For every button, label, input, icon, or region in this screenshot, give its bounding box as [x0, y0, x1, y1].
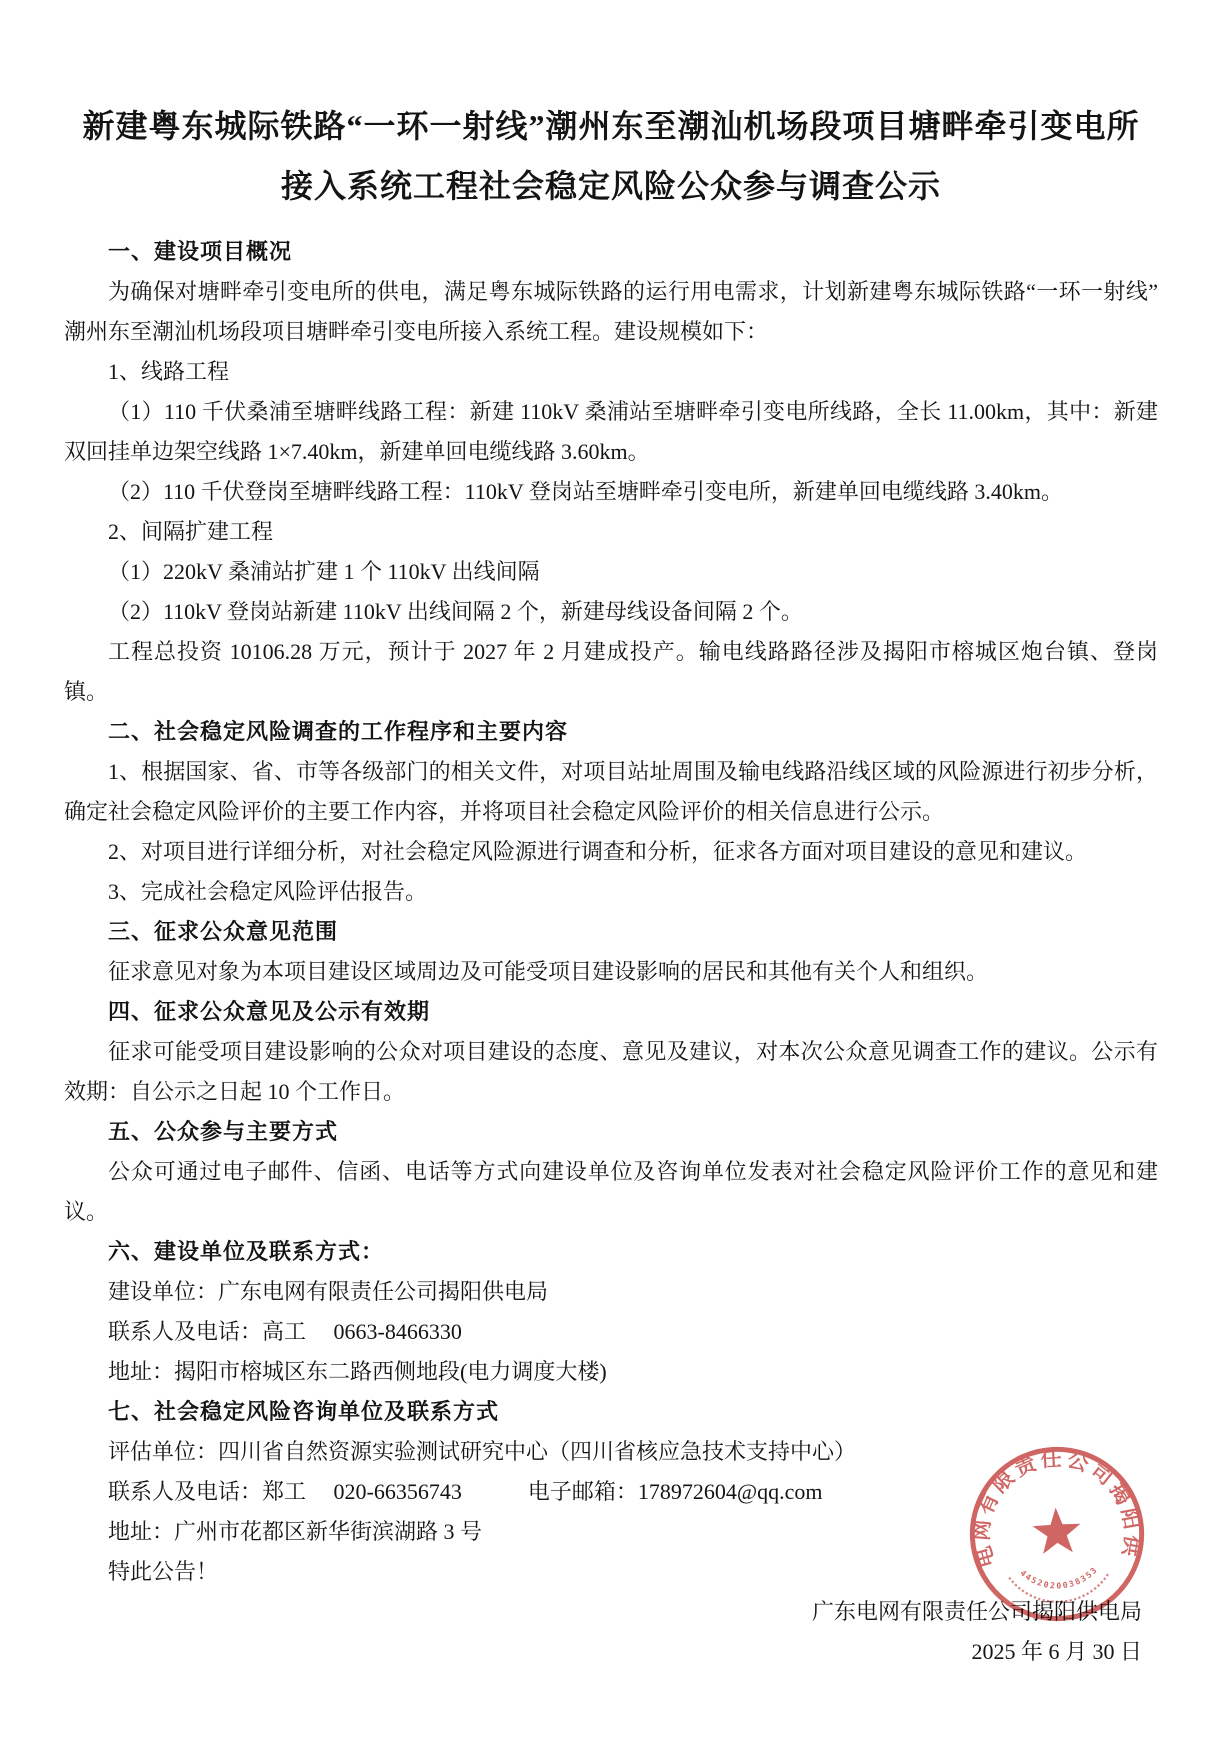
section-5-paragraph-1: 公众可通过电子邮件、信函、电话等方式向建设单位及咨询单位发表对社会稳定风险评价工…	[64, 1152, 1158, 1232]
section-7-assessment-unit: 评估单位：四川省自然资源实验测试研究中心（四川省核应急技术支持中心）	[64, 1432, 1158, 1472]
page-title-line-1: 新建粤东城际铁路“一环一射线”潮州东至潮汕机场段项目塘畔牵引变电所	[64, 96, 1158, 156]
section-1-heading: 一、建设项目概况	[64, 232, 1158, 272]
section-2-heading: 二、社会稳定风险调查的工作程序和主要内容	[64, 712, 1158, 752]
page-title-line-2: 接入系统工程社会稳定风险公众参与调查公示	[64, 156, 1158, 216]
section-5-heading: 五、公众参与主要方式	[64, 1112, 1158, 1152]
section-2-paragraph-2: 2、对项目进行详细分析，对社会稳定风险源进行调查和分析，征求各方面对项目建设的意…	[64, 832, 1158, 872]
section-7-address: 地址：广州市花都区新华街滨湖路 3 号	[64, 1512, 1158, 1552]
closing-statement: 特此公告！	[64, 1552, 1158, 1592]
document-content: 新建粤东城际铁路“一环一射线”潮州东至潮汕机场段项目塘畔牵引变电所 接入系统工程…	[0, 96, 1222, 1672]
signature-organization: 广东电网有限责任公司揭阳供电局	[64, 1592, 1142, 1632]
page-title: 新建粤东城际铁路“一环一射线”潮州东至潮汕机场段项目塘畔牵引变电所 接入系统工程…	[64, 96, 1158, 216]
section-7-heading: 七、社会稳定风险咨询单位及联系方式	[64, 1392, 1158, 1432]
section-1-paragraph-6: （1）220kV 桑浦站扩建 1 个 110kV 出线间隔	[64, 552, 1158, 592]
section-1-paragraph-7: （2）110kV 登岗站新建 110kV 出线间隔 2 个，新建母线设备间隔 2…	[64, 592, 1158, 632]
section-6-contact-phone: 联系人及电话：高工 0663-8466330	[64, 1312, 1158, 1352]
section-3-heading: 三、征求公众意见范围	[64, 912, 1158, 952]
section-4-paragraph-1: 征求可能受项目建设影响的公众对项目建设的态度、意见及建议，对本次公众意见调查工作…	[64, 1032, 1158, 1112]
section-1-paragraph-5: 2、间隔扩建工程	[64, 512, 1158, 552]
section-6-heading: 六、建设单位及联系方式：	[64, 1232, 1158, 1272]
section-6-construction-unit: 建设单位：广东电网有限责任公司揭阳供电局	[64, 1272, 1158, 1312]
signature-block: 广东电网有限责任公司揭阳供电局 2025 年 6 月 30 日	[64, 1592, 1158, 1672]
section-2-paragraph-3: 3、完成社会稳定风险评估报告。	[64, 872, 1158, 912]
section-2-paragraph-1: 1、根据国家、省、市等各级部门的相关文件，对项目站址周围及输电线路沿线区域的风险…	[64, 752, 1158, 832]
section-1-paragraph-4: （2）110 千伏登岗至塘畔线路工程：110kV 登岗站至塘畔牵引变电所，新建单…	[64, 472, 1158, 512]
section-4-heading: 四、征求公众意见及公示有效期	[64, 992, 1158, 1032]
section-1-paragraph-1: 为确保对塘畔牵引变电所的供电，满足粤东城际铁路的运行用电需求，计划新建粤东城际铁…	[64, 272, 1158, 352]
section-1-paragraph-8: 工程总投资 10106.28 万元，预计于 2027 年 2 月建成投产。输电线…	[64, 632, 1158, 712]
section-6-address: 地址：揭阳市榕城区东二路西侧地段(电力调度大楼)	[64, 1352, 1158, 1392]
section-1-paragraph-3: （1）110 千伏桑浦至塘畔线路工程：新建 110kV 桑浦站至塘畔牵引变电所线…	[64, 392, 1158, 472]
section-7-contact-email: 联系人及电话：郑工 020-66356743 电子邮箱：178972604@qq…	[64, 1472, 1158, 1512]
section-1-paragraph-2: 1、线路工程	[64, 352, 1158, 392]
section-3-paragraph-1: 征求意见对象为本项目建设区域周边及可能受项目建设影响的居民和其他有关个人和组织。	[64, 952, 1158, 992]
signature-date: 2025 年 6 月 30 日	[64, 1632, 1142, 1672]
document-page: 新建粤东城际铁路“一环一射线”潮州东至潮汕机场段项目塘畔牵引变电所 接入系统工程…	[0, 0, 1222, 1741]
